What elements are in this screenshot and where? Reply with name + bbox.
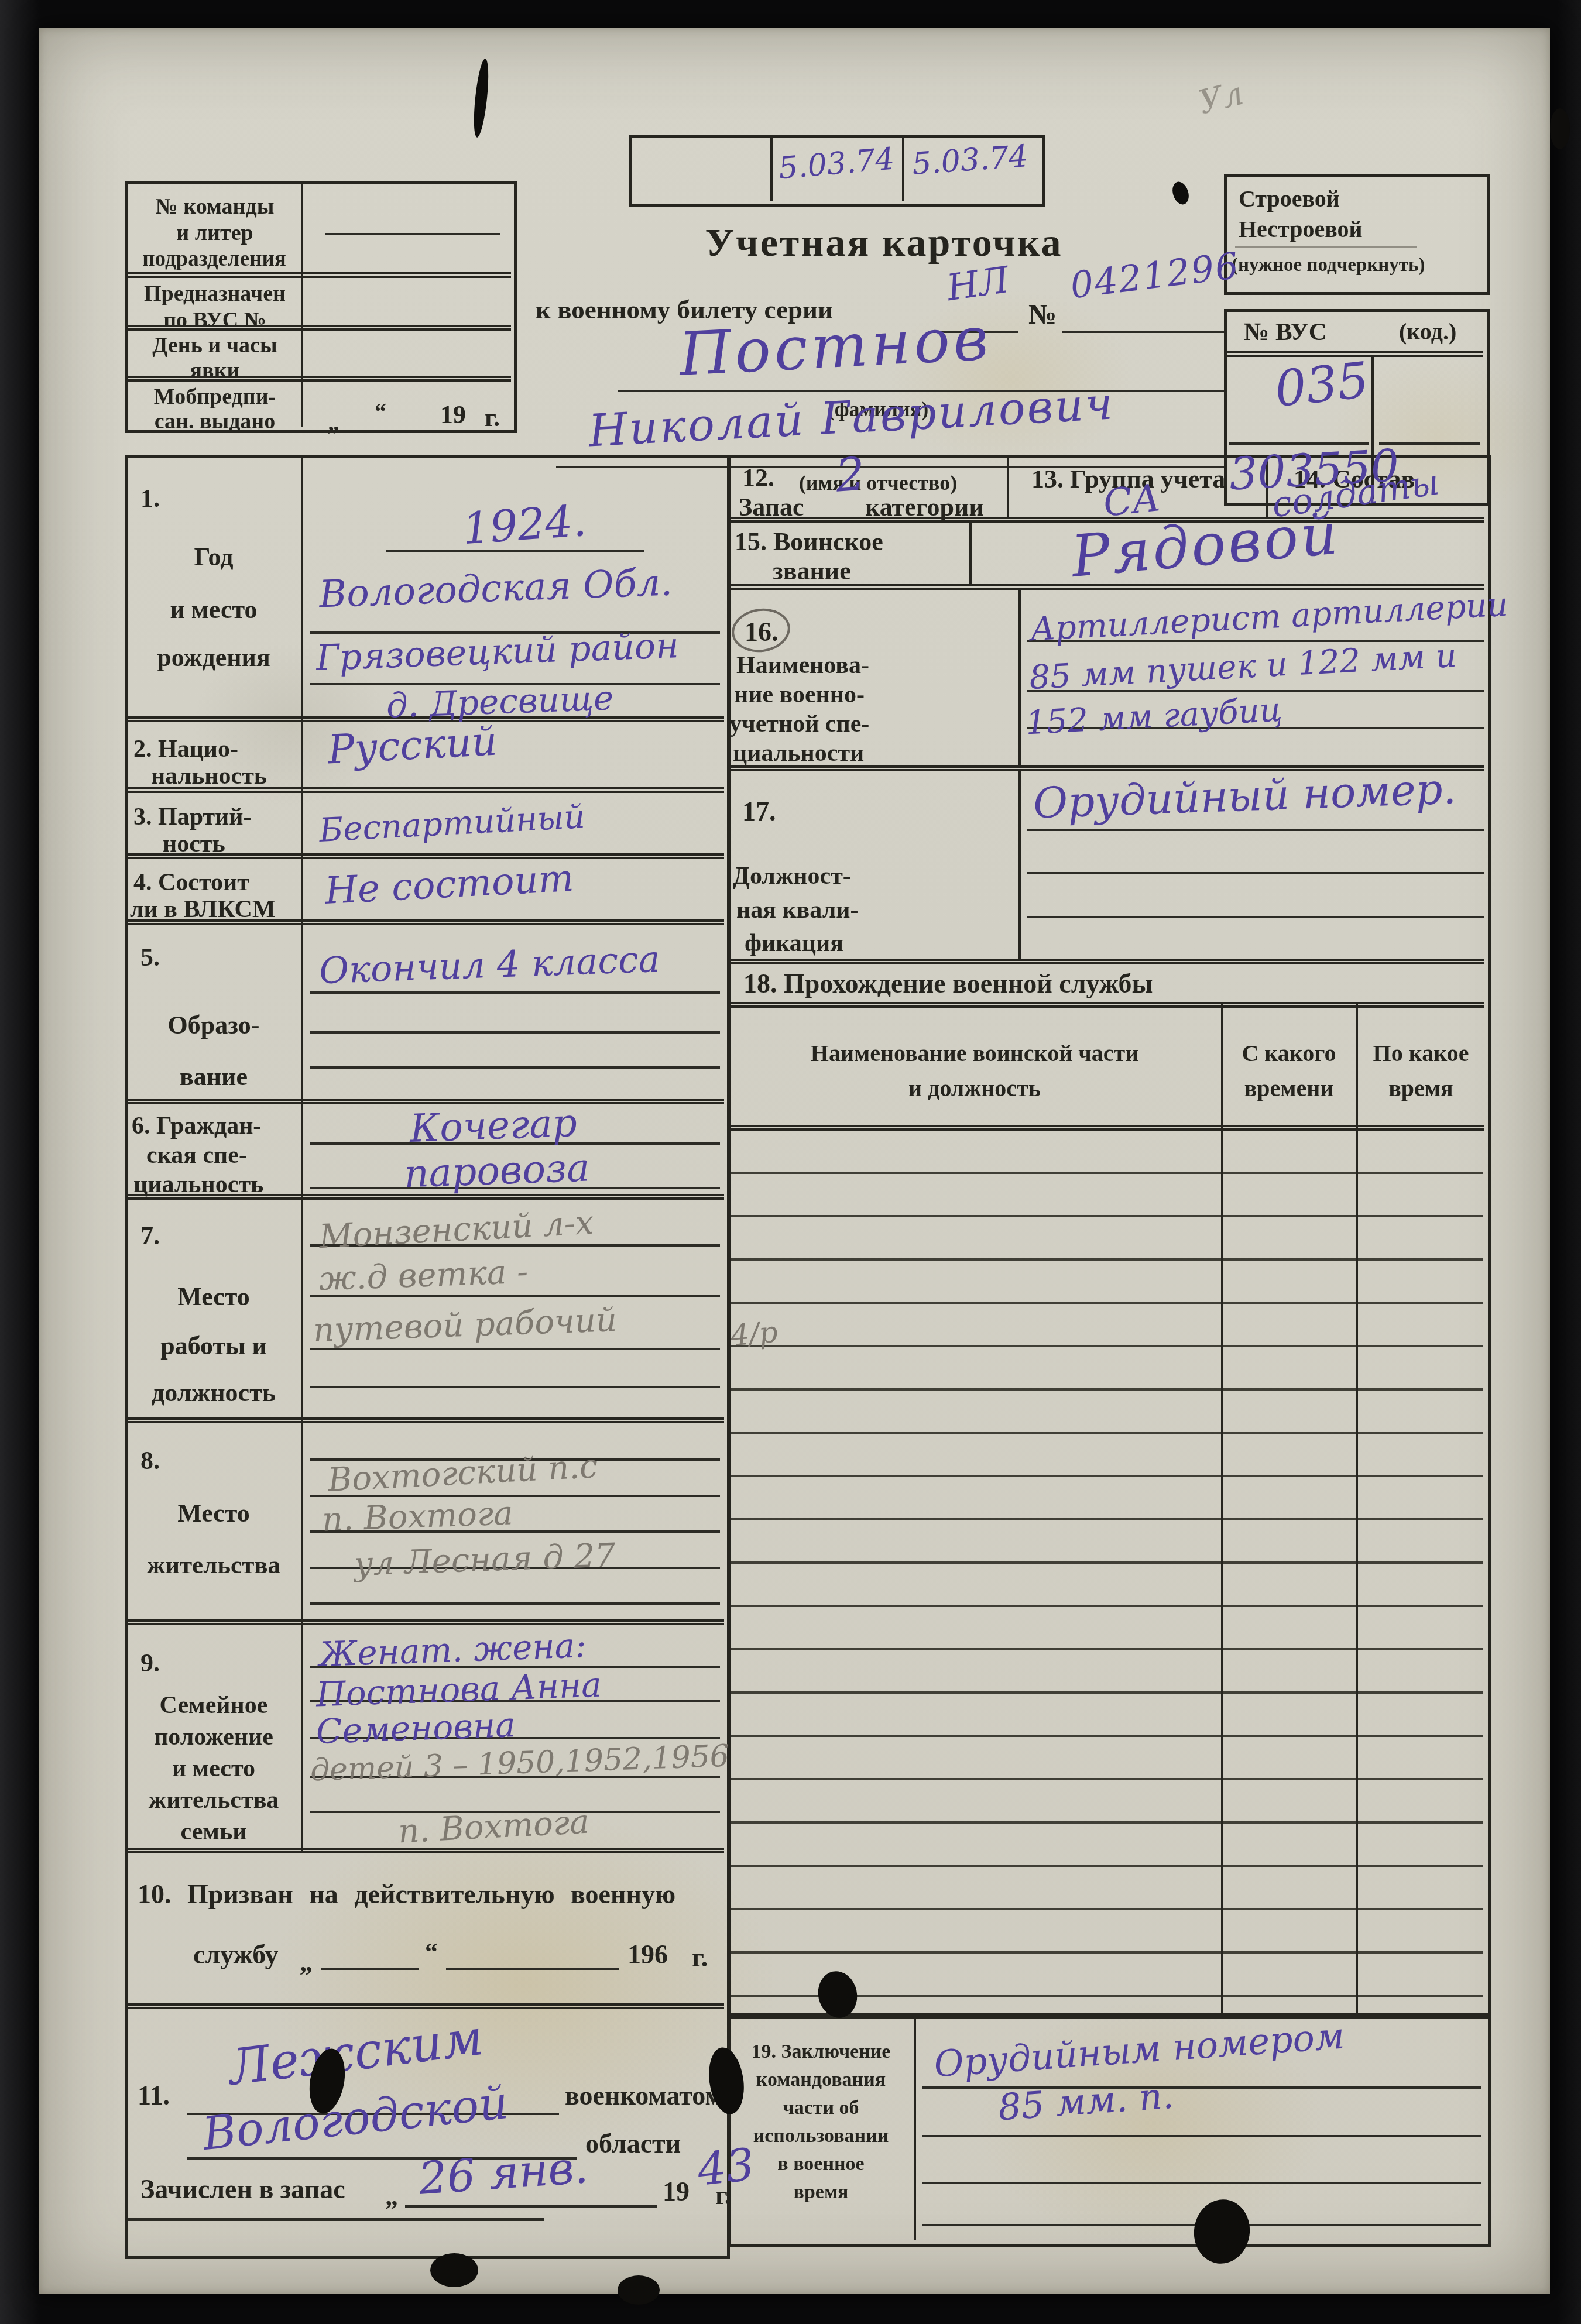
field9-value-3: Семеновна (315, 1707, 516, 1750)
field2-value: Русский (327, 720, 498, 771)
field11-date-value: 26 янв. (417, 2143, 589, 2203)
field1-village-value: д. Дресвище (386, 679, 614, 724)
surname-value: Постнов (677, 307, 993, 387)
field6-value-1: Кочегар (409, 1102, 578, 1149)
field1-year-value: 1924. (461, 498, 588, 553)
stamp-date-2: 5.03.74 (911, 140, 1029, 181)
number-sign: № (1028, 300, 1057, 330)
line-service-box (1224, 174, 1490, 295)
vus-code-value: 035 (1273, 353, 1371, 416)
field8-value-2: п. Вохтога (321, 1496, 514, 1538)
page-title: Учетная карточка (603, 221, 1165, 264)
field12-value: 2 (834, 449, 866, 500)
mobilization-box (125, 181, 517, 433)
ink-mark (430, 2253, 478, 2287)
ink-mark (618, 2275, 660, 2305)
field6-value-2: паровоза (403, 1146, 591, 1194)
field11-year-value: 43 (695, 2140, 757, 2194)
scanned-military-registration-card: № команды и литер подразделения Предназн… (0, 0, 1581, 2324)
underline-mark (1235, 246, 1417, 248)
series-value: НЛ (945, 260, 1011, 308)
field7-value-4: 4/р (729, 1316, 779, 1352)
paper-notch (1550, 108, 1570, 149)
field7-value-2: ж.д ветка - (318, 1255, 529, 1297)
